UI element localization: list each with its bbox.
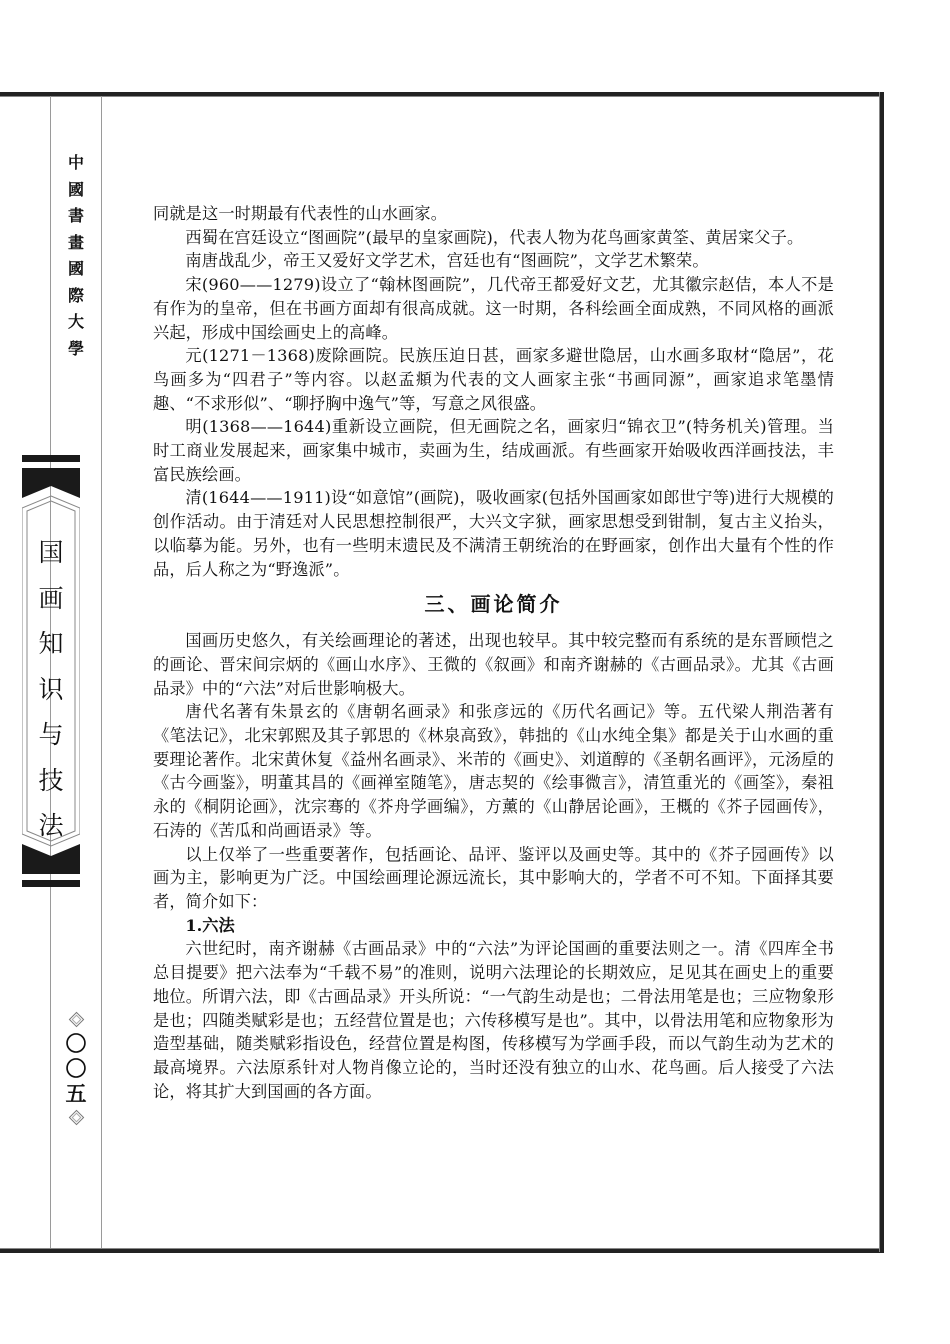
series-title-vertical: 中 國 書 畫 國 際 大 學 <box>58 150 94 362</box>
series-title-char: 國 <box>68 256 84 283</box>
sidebar-rule-right <box>101 96 102 1248</box>
series-title-char: 大 <box>68 309 84 336</box>
paragraph: 国画历史悠久，有关绘画理论的著述，出现也较早。其中较完整而有系统的是东晋顾恺之的… <box>153 629 834 700</box>
section-heading: 三、画论简介 <box>153 589 834 619</box>
book-title-char: 技 <box>38 758 63 804</box>
book-title-char: 画 <box>38 576 63 622</box>
book-title-char: 法 <box>38 803 63 849</box>
paragraph: 唐代名著有朱景玄的《唐朝名画录》和张彦远的《历代名画记》等。五代梁人荆浩著有《笔… <box>153 700 834 842</box>
page-frame-top-border <box>0 92 884 97</box>
diamond-icon <box>68 1110 84 1126</box>
paragraph: 同就是这一时期最有代表性的山水画家。 <box>153 202 834 226</box>
book-title-vertical: 国 画 知 识 与 技 法 <box>22 530 80 849</box>
paragraph: 南唐战乱少，帝王又爱好文学艺术，宫廷也有“图画院”，文学艺术繁荣。 <box>153 249 834 273</box>
series-title-char: 際 <box>68 283 84 310</box>
paragraph: 清(1644——1911)设“如意馆”(画院)，吸收画家(包括外国画家如郎世宁等… <box>153 486 834 581</box>
series-title-char: 國 <box>68 177 84 204</box>
series-title-char: 學 <box>68 336 84 363</box>
page-frame-bottom-border <box>0 1248 884 1253</box>
series-title-char: 書 <box>68 203 84 230</box>
page-number-digit: 五 <box>66 1081 87 1106</box>
main-text: 同就是这一时期最有代表性的山水画家。 西蜀在宫廷设立“图画院”(最早的皇家画院)… <box>153 202 834 1103</box>
page-number: 〇 〇 五 <box>58 1008 94 1129</box>
book-title-banner: 国 画 知 识 与 技 法 <box>22 455 80 887</box>
page-number-digit: 〇 <box>66 1056 87 1081</box>
book-title-char: 识 <box>38 667 63 713</box>
paragraph: 以上仅举了一些重要著作，包括画论、品评、鉴评以及画史等。其中的《芥子园画传》以画… <box>153 843 834 914</box>
paragraph: 六世纪时，南齐谢赫《古画品录》中的“六法”为评论国画的重要法则之一。清《四库全书… <box>153 937 834 1103</box>
book-title-char: 国 <box>38 530 63 576</box>
subheading: 1.六法 <box>153 914 834 938</box>
paragraph: 元(1271－1368)废除画院。民族压迫日甚，画家多避世隐居，山水画多取材“隐… <box>153 344 834 415</box>
book-title-char: 知 <box>38 621 63 667</box>
page-frame-right-border <box>879 92 884 1252</box>
paragraph: 宋(960——1279)设立了“翰林图画院”，几代帝王都爱好文艺，尤其徽宗赵佶，… <box>153 273 834 344</box>
page-number-digit: 〇 <box>66 1031 87 1056</box>
series-title-char: 畫 <box>68 230 84 257</box>
book-title-char: 与 <box>38 712 63 758</box>
series-title-char: 中 <box>68 150 84 177</box>
paragraph: 西蜀在宫廷设立“图画院”(最早的皇家画院)，代表人物为花鸟画家黄筌、黄居寀父子。 <box>153 226 834 250</box>
diamond-icon <box>68 1012 84 1028</box>
paragraph: 明(1368——1644)重新设立画院，但无画院之名，画家归“锦衣卫”(特务机关… <box>153 415 834 486</box>
